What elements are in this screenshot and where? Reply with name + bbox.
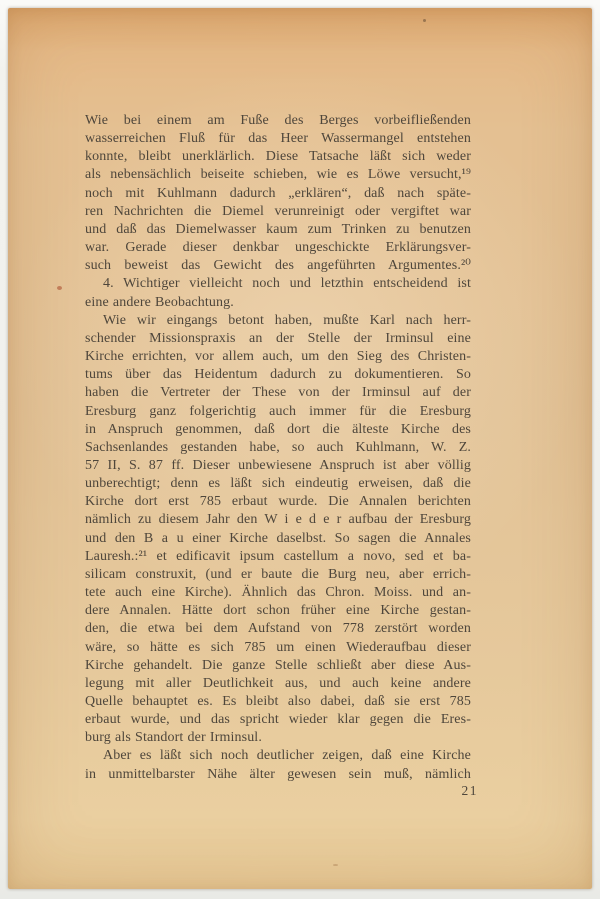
text-line: Sachsenlandes gestanden habe, so auch Ku…	[85, 439, 471, 457]
text-line: konnte, bleibt unerklärlich. Diese Tatsa…	[85, 148, 471, 166]
text-line: tete auch eine Kirche). Ähnlich das Chro…	[85, 584, 471, 602]
text-line: Aber es läßt sich noch deutlicher zeigen…	[85, 747, 471, 765]
text-line: als nebensächlich beiseite schieben, wie…	[85, 166, 471, 184]
text-line: silicam construxit, (und er baute die Bu…	[85, 566, 471, 584]
text-line: den, die etwa bei dem Aufstand von 778 z…	[85, 620, 471, 638]
paper-speck	[333, 864, 338, 866]
text-line: Quelle behauptet es. Es bleibt also dabe…	[85, 693, 471, 711]
text-line: tums über das Heidentum dadurch zu dokum…	[85, 366, 471, 384]
scan-background-frame: Wie bei einem am Fuße des Berges vorbeif…	[0, 0, 600, 899]
text-line: Kirche dort erst 785 erbaut wurde. Die A…	[85, 493, 471, 511]
text-line: eine andere Beobachtung.	[85, 294, 471, 312]
text-line: schender Missionspraxis an der Stelle de…	[85, 330, 471, 348]
text-line: Kirche errichten, vor allem auch, um den…	[85, 348, 471, 366]
text-line: Kirche gehandelt. Die ganze Stelle schli…	[85, 657, 471, 675]
paper-speck	[57, 286, 62, 290]
text-line: legung mit aller Deutlichkeit aus, und a…	[85, 675, 471, 693]
page-number: 21	[85, 783, 478, 799]
text-line: Wie bei einem am Fuße des Berges vorbeif…	[85, 112, 471, 130]
text-line: 4. Wichtiger vielleicht noch und letzthi…	[85, 275, 471, 293]
text-line: burg als Standort der Irminsul.	[85, 729, 471, 747]
text-line: nämlich zu diesem Jahr den W i e d e r a…	[85, 511, 471, 529]
text-block: Wie bei einem am Fuße des Berges vorbeif…	[85, 112, 471, 784]
text-line: in Anspruch genommen, daß dort die ältes…	[85, 421, 471, 439]
text-line: Lauresh.:²¹ et edificavit ipsum castellu…	[85, 548, 471, 566]
text-line: 57 II, S. 87 ff. Dieser unbewiesene Ansp…	[85, 457, 471, 475]
text-line: noch mit Kuhlmann dadurch „erklären“, da…	[85, 185, 471, 203]
text-line: wasserreichen Fluß für das Heer Wasserma…	[85, 130, 471, 148]
text-line: Wie wir eingangs betont haben, mußte Kar…	[85, 312, 471, 330]
text-line: und den B a u einer Kirche daselbst. So …	[85, 530, 471, 548]
book-page: Wie bei einem am Fuße des Berges vorbeif…	[8, 8, 592, 889]
text-line: unberechtigt; denn es läßt sich eindeuti…	[85, 475, 471, 493]
text-line: in unmittelbarster Nähe älter gewesen se…	[85, 766, 471, 784]
text-line: erbaut wurde, und das spricht wieder kla…	[85, 711, 471, 729]
text-line: wäre, so hätte es sich 785 um einen Wied…	[85, 639, 471, 657]
text-line: such beweist das Gewicht des angeführten…	[85, 257, 471, 275]
text-line: dere Annalen. Hätte dort schon früher ei…	[85, 602, 471, 620]
text-line: Eresburg ganz folgerichtig auch immer fü…	[85, 403, 471, 421]
text-line: und daß das Diemelwasser kaum zum Trinke…	[85, 221, 471, 239]
text-line: haben die Vertreter der These von der Ir…	[85, 384, 471, 402]
text-line: war. Gerade dieser denkbar ungeschickte …	[85, 239, 471, 257]
text-line: ren Nachrichten die Diemel verunreinigt …	[85, 203, 471, 221]
paper-speck	[423, 19, 426, 22]
